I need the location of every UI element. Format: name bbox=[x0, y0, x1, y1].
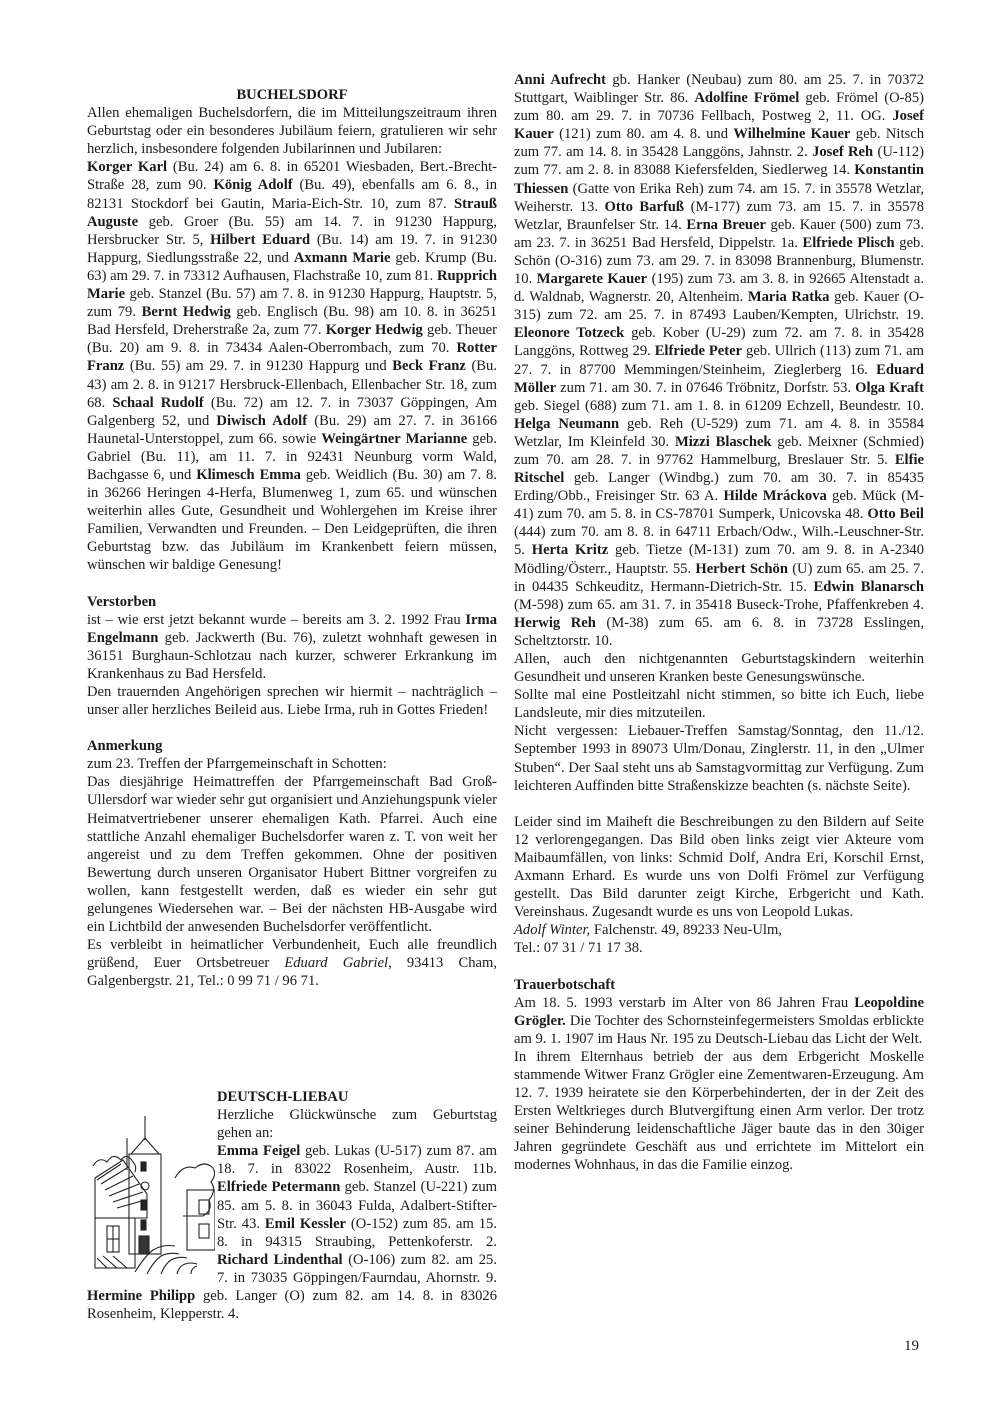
person-name: Eleonore Totzeck bbox=[514, 325, 624, 341]
person-name: Korger Karl bbox=[87, 159, 167, 175]
person-name: Herbert Schön bbox=[695, 561, 788, 577]
signature: Adolf Winter, Falchenstr. 49, 89233 Neu-… bbox=[514, 921, 924, 939]
person-name: Weingärtner Marianne bbox=[321, 431, 467, 447]
person-name: Richard Lindenthal bbox=[217, 1252, 343, 1268]
person-name: Bernt Hedwig bbox=[142, 304, 231, 320]
trauer-post: Die Tochter des Schornsteinfegermeisters… bbox=[514, 1013, 924, 1047]
person-name: Diwisch Adolf bbox=[216, 413, 307, 429]
person-name: Hilbert Eduard bbox=[210, 232, 310, 248]
right-column: Anni Aufrecht gb. Hanker (Neubau) zum 80… bbox=[514, 71, 924, 1175]
person-name: Otto Barfuß bbox=[605, 199, 685, 215]
entry-details: geb. Siegel (688) zum 71. am 1. 8. in 61… bbox=[514, 398, 924, 414]
heading-verstorben: Verstorben bbox=[87, 593, 497, 611]
page-number: 19 bbox=[904, 1338, 919, 1355]
person-name: Elfriede Peter bbox=[655, 343, 742, 359]
deutsch-liebau-section: DEUTSCH-LIEBAU bbox=[87, 1088, 497, 1323]
person-name: Herta Kritz bbox=[532, 542, 608, 558]
person-name: Anni Aufrecht bbox=[514, 72, 606, 88]
left-column: BUCHELSDORF Allen ehemaligen Buchelsdorf… bbox=[87, 86, 497, 991]
person-name: Wilhelmine Kauer bbox=[733, 126, 850, 142]
obituary-text: ist – wie erst jetzt bekannt wurde – ber… bbox=[87, 611, 497, 683]
person-name: Olga Kraft bbox=[855, 380, 924, 396]
photo-note: Leider sind im Maiheft die Beschreibunge… bbox=[514, 813, 924, 922]
person-name: Beck Franz bbox=[392, 358, 466, 374]
author-address: Falchenstr. 49, 89233 Neu-Ulm, bbox=[590, 922, 782, 938]
person-name: Elfriede Plisch bbox=[802, 235, 894, 251]
section-title-deutsch-liebau: DEUTSCH-LIEBAU bbox=[217, 1088, 497, 1106]
trauerbotschaft-intro: Am 18. 5. 1993 verstarb im Alter von 86 … bbox=[514, 994, 924, 1048]
condolence-text: Den trauernden Angehörigen sprechen wir … bbox=[87, 683, 497, 719]
person-name: Schaal Rudolf bbox=[112, 395, 203, 411]
person-name: Axmann Marie bbox=[294, 250, 391, 266]
anmerkung-subtitle: zum 23. Treffen der Pfarrgemeinschaft in… bbox=[87, 755, 497, 773]
author-name: Eduard Gabriel bbox=[284, 955, 388, 971]
entry-details: (Bu. 55) am 29. 7. in 91230 Happurg und bbox=[124, 358, 392, 374]
person-name: Mizzi Blaschek bbox=[675, 434, 772, 450]
person-name: Hermine Philipp bbox=[87, 1288, 195, 1304]
person-name: Emil Kessler bbox=[265, 1216, 346, 1232]
church-illustration-icon bbox=[87, 1108, 215, 1276]
heading-trauerbotschaft: Trauerbotschaft bbox=[514, 976, 924, 994]
person-name: Hilde Mráckova bbox=[723, 488, 826, 504]
trauer-pre: Am 18. 5. 1993 verstarb im Alter von 86 … bbox=[514, 995, 854, 1011]
person-name: König Adolf bbox=[214, 177, 293, 193]
person-name: Emma Feigel bbox=[217, 1143, 300, 1159]
anmerkung-body: Das diesjährige Heimattreffen der Pfarrg… bbox=[87, 773, 497, 936]
meeting-reminder: Nicht vergessen: Liebauer-Treffen Samsta… bbox=[514, 722, 924, 794]
trauerbotschaft-body: In ihrem Elternhaus betrieb der aus dem … bbox=[514, 1048, 924, 1175]
section-title-buchelsdorf: BUCHELSDORF bbox=[87, 86, 497, 104]
entry-details: (M-598) zum 65. am 31. 7. in 35418 Busec… bbox=[514, 597, 924, 613]
signature-phone: Tel.: 07 31 / 71 17 38. bbox=[514, 939, 924, 957]
heading-anmerkung: Anmerkung bbox=[87, 737, 497, 755]
person-name: Erna Breuer bbox=[686, 217, 766, 233]
person-name: Otto Beil bbox=[867, 506, 924, 522]
postcode-note: Sollte mal eine Postleitzahl nicht stimm… bbox=[514, 686, 924, 722]
deutsch-liebau-birthday-list-right: Anni Aufrecht gb. Hanker (Neubau) zum 80… bbox=[514, 71, 924, 650]
person-name: Josef Reh bbox=[812, 144, 873, 160]
buchelsdorf-intro: Allen ehemaligen Buchelsdorfern, die im … bbox=[87, 104, 497, 158]
person-name: Adolfine Frömel bbox=[694, 90, 799, 106]
anmerkung-closing: Es verbleibt in heimatlicher Verbundenhe… bbox=[87, 936, 497, 990]
person-name: Maria Ratka bbox=[748, 289, 830, 305]
entry-details: zum 71. am 30. 7. in 07646 Tröbnitz, Dor… bbox=[556, 380, 855, 396]
person-name: Helga Neumann bbox=[514, 416, 619, 432]
person-name: Margarete Kauer bbox=[537, 271, 647, 287]
buchelsdorf-birthday-list: Korger Karl (Bu. 24) am 6. 8. in 65201 W… bbox=[87, 158, 497, 574]
person-name: Herwig Reh bbox=[514, 615, 596, 631]
wishes-text: Allen, auch den nichtgenannten Geburtsta… bbox=[514, 650, 924, 686]
entry-details: (121) zum 80. am 4. 8. und bbox=[554, 126, 734, 142]
obituary-pre: ist – wie erst jetzt bekannt wurde – ber… bbox=[87, 612, 465, 628]
person-name: Korger Hedwig bbox=[326, 322, 423, 338]
deutsch-liebau-body: Herzliche Glückwünsche zum Geburtstag ge… bbox=[87, 1106, 497, 1323]
person-name: Klimesch Emma bbox=[196, 467, 301, 483]
person-name: Elfriede Petermann bbox=[217, 1179, 340, 1195]
person-name: Edwin Blanarsch bbox=[814, 579, 924, 595]
author-name: Adolf Winter, bbox=[514, 922, 590, 938]
